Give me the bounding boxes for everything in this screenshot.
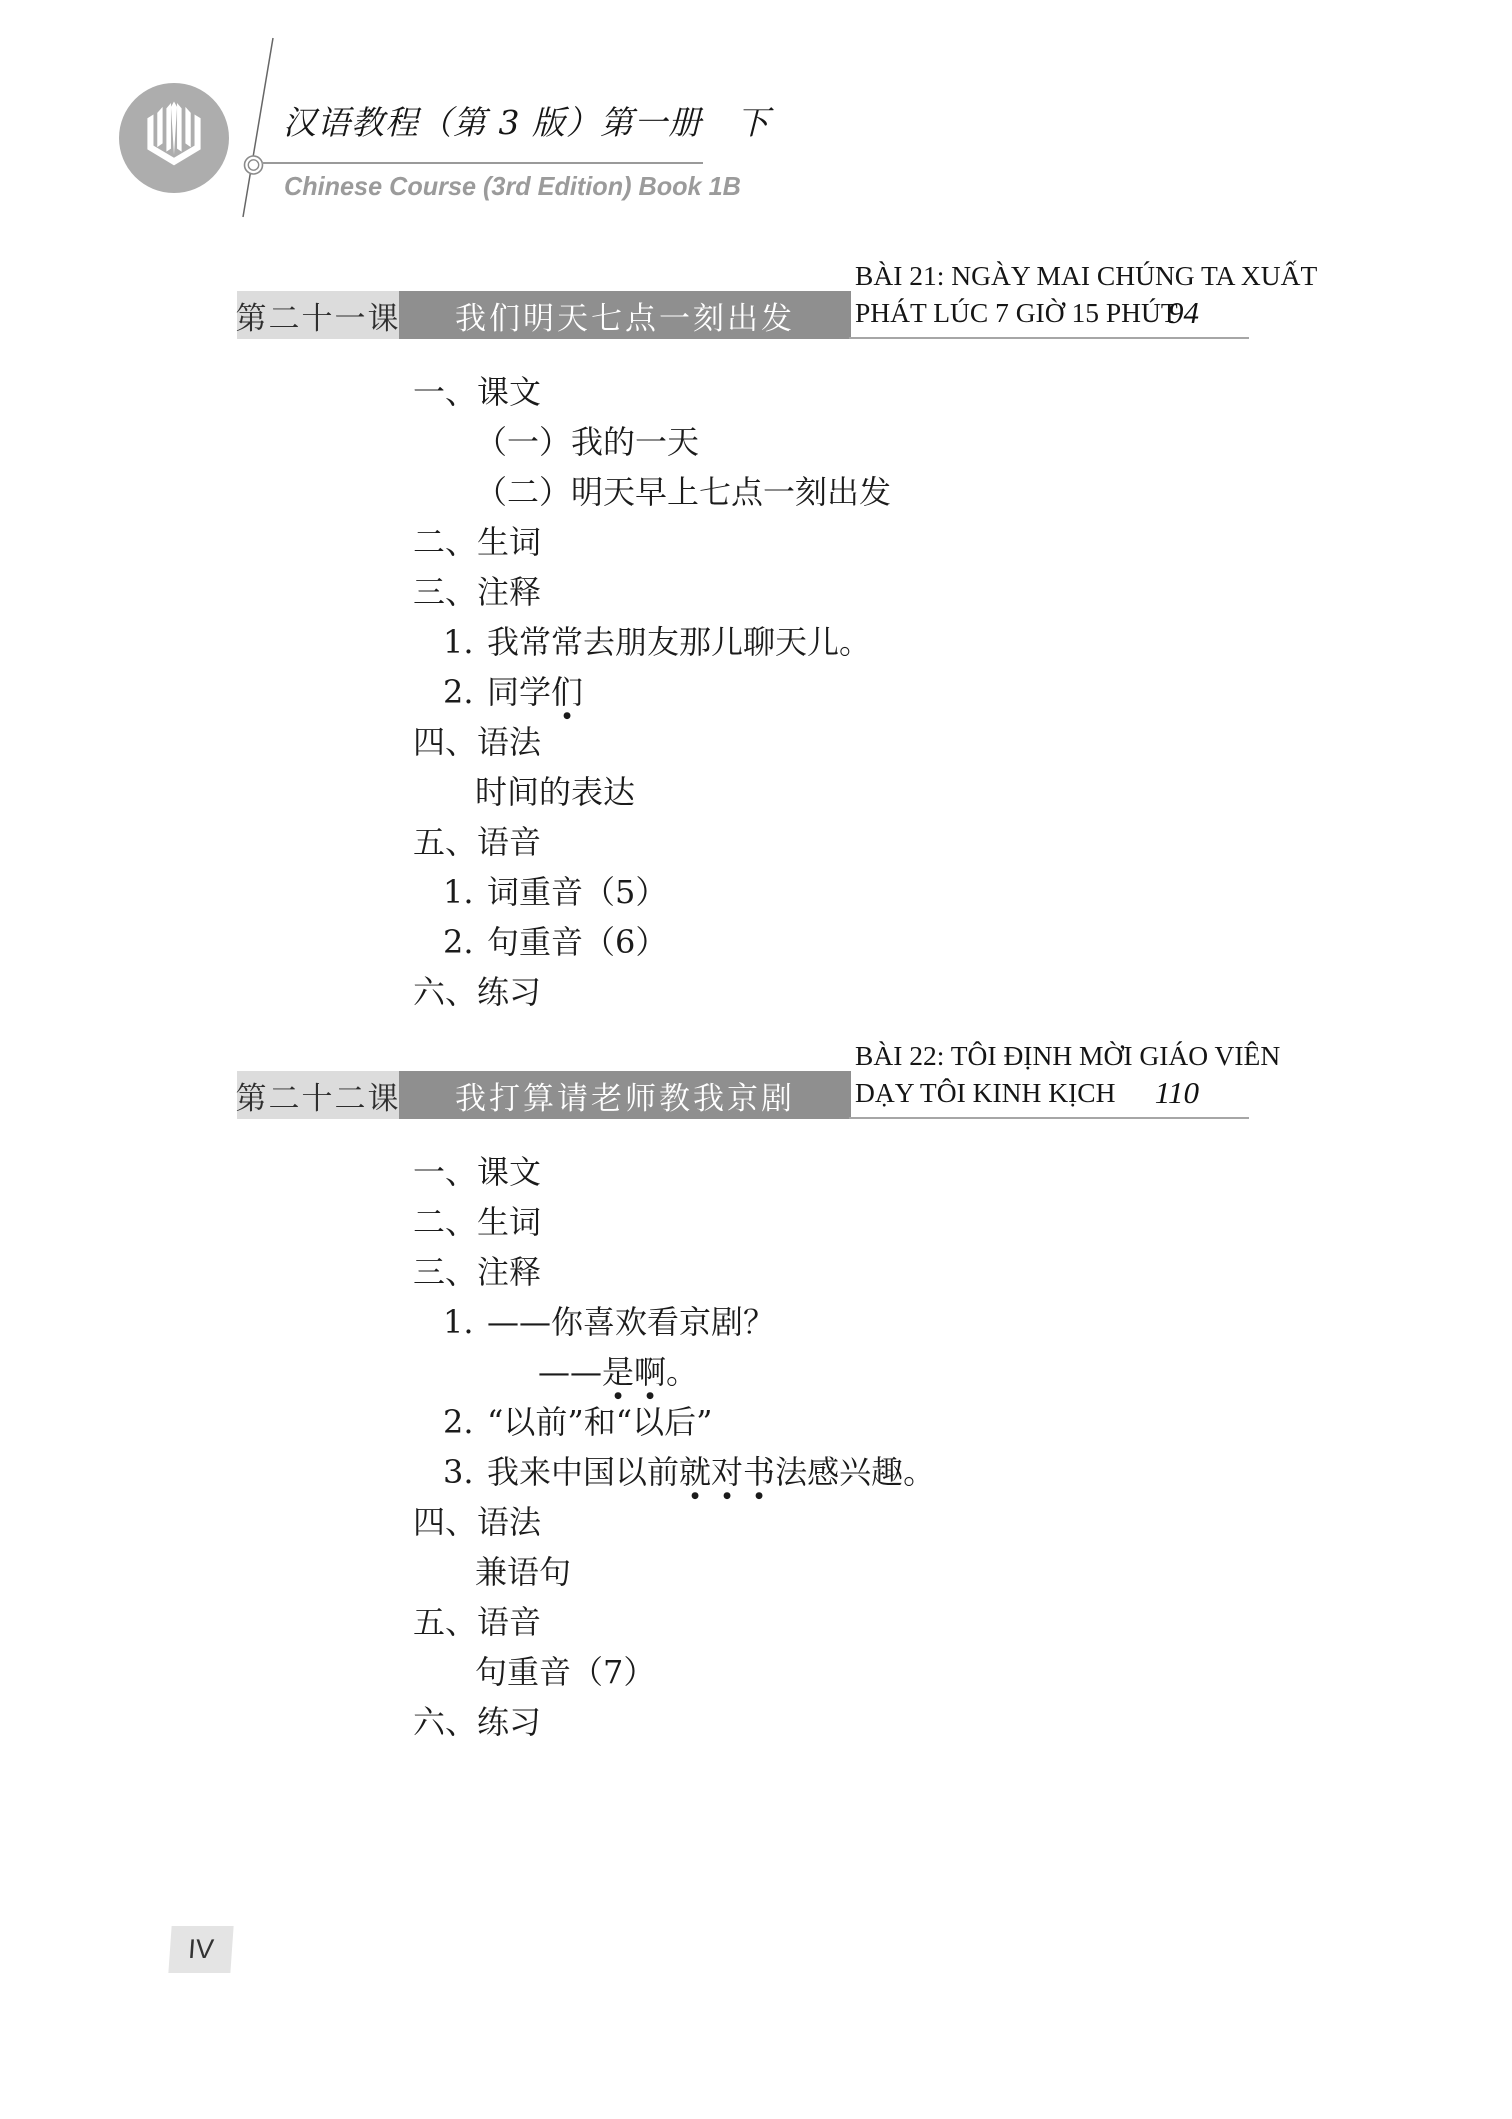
toc-row: 一、课文 <box>237 367 891 417</box>
lesson-title-vi-line2: PHÁT LÚC 7 GIỜ 15 PHÚT <box>855 297 1178 328</box>
book-title: 汉语教程（第 3 版）第一册 下 <box>283 97 770 144</box>
toc-row: 四、语法 <box>237 1497 935 1547</box>
toc-row: 句重音（7） <box>237 1647 935 1697</box>
lesson-title-zh: 我们明天七点一刻出发 <box>455 293 795 338</box>
toc-row: 1.——你喜欢看京剧？ <box>237 1297 935 1347</box>
toc-row: 一、课文 <box>237 1147 935 1197</box>
toc-row: 1.词重音（5） <box>237 867 891 917</box>
lesson-title-zh: 我打算请老师教我京剧 <box>455 1073 795 1118</box>
lesson-title-box: 我们明天七点一刻出发 <box>399 291 851 339</box>
open-book-icon <box>136 100 212 176</box>
lesson-title-vietnamese: BÀI 21: NGÀY MAI CHÚNG TA XUẤT PHÁT LÚC … <box>855 257 1275 331</box>
toc-row: 1.我常常去朋友那儿聊天儿。 <box>237 617 891 667</box>
toc-row: 三、注释 <box>237 1247 935 1297</box>
toc-row: 2.同学们 <box>237 667 891 717</box>
lesson-title-vi-line2: DẠY TÔI KINH KỊCH <box>855 1077 1115 1108</box>
lesson-page-number: 94 <box>1168 294 1199 331</box>
lesson-number-box: 第二十一课 <box>237 291 399 339</box>
lesson-number-label: 第二十二课 <box>236 1073 401 1118</box>
toc-row: 五、语音 <box>237 817 891 867</box>
press-logo <box>119 83 229 193</box>
toc-row: 五、语音 <box>237 1597 935 1647</box>
lesson-underline <box>849 1117 1249 1119</box>
page-number-badge: IV <box>168 1926 233 1973</box>
lesson-title-vi-line1: BÀI 22: TÔI ĐỊNH MỜI GIÁO VIÊN <box>855 1040 1280 1071</box>
toc-row: 2.句重音（6） <box>237 917 891 967</box>
toc-row: ——是啊。 <box>237 1347 935 1397</box>
lesson-header-boxes: 第二十二课 我打算请老师教我京剧 <box>237 1071 851 1119</box>
lesson-number-label: 第二十一课 <box>236 293 401 338</box>
lesson-title-vietnamese: BÀI 22: TÔI ĐỊNH MỜI GIÁO VIÊN DẠY TÔI K… <box>855 1037 1275 1111</box>
toc-row: 3.我来中国以前就对书法感兴趣。 <box>237 1447 935 1497</box>
toc-row: 二、生词 <box>237 1197 935 1247</box>
toc-row: 2.“以前”和“以后” <box>237 1397 935 1447</box>
book-subtitle: Chinese Course (3rd Edition) Book 1B <box>284 171 741 202</box>
lesson-header-boxes: 第二十一课 我们明天七点一刻出发 <box>237 291 851 339</box>
toc-row: （一）我的一天 <box>237 417 891 467</box>
toc-row: 六、练习 <box>237 1697 935 1747</box>
lesson-title-box: 我打算请老师教我京剧 <box>399 1071 851 1119</box>
header-rule <box>262 162 703 164</box>
toc-row: （二）明天早上七点一刻出发 <box>237 467 891 517</box>
toc-row: 时间的表达 <box>237 767 891 817</box>
lesson-title-vi-line1: BÀI 21: NGÀY MAI CHÚNG TA XUẤT <box>855 260 1317 291</box>
toc-list: 一、课文（一）我的一天（二）明天早上七点一刻出发二、生词三、注释1.我常常去朋友… <box>237 367 891 1017</box>
lesson-page-number: 110 <box>1155 1074 1199 1111</box>
toc-row: 六、练习 <box>237 967 891 1017</box>
decorative-slant-line <box>230 35 290 225</box>
lesson-underline <box>849 337 1249 339</box>
toc-list: 一、课文二、生词三、注释1.——你喜欢看京剧？——是啊。2.“以前”和“以后”3… <box>237 1147 935 1747</box>
toc-row: 四、语法 <box>237 717 891 767</box>
toc-row: 二、生词 <box>237 517 891 567</box>
lesson-number-box: 第二十二课 <box>237 1071 399 1119</box>
toc-page: 汉语教程（第 3 版）第一册 下 Chinese Course (3rd Edi… <box>0 0 1512 2119</box>
toc-row: 兼语句 <box>237 1547 935 1597</box>
toc-row: 三、注释 <box>237 567 891 617</box>
page-number: IV <box>187 1934 215 1965</box>
